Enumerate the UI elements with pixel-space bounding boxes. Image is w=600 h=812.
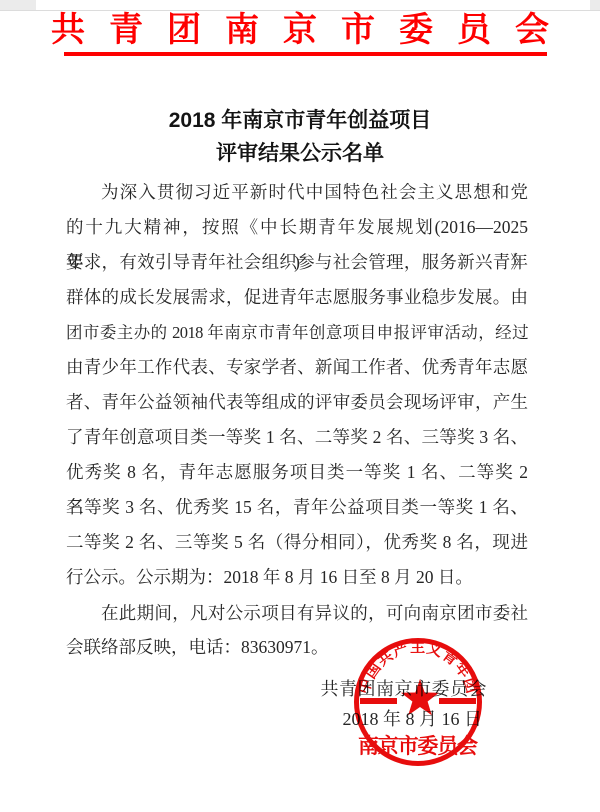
- document-title-line1: 2018 年南京市青年创益项目: [0, 104, 600, 137]
- star-icon: [401, 679, 439, 715]
- official-seal: 中国共产主义青年团 南京市委员会: [338, 622, 498, 782]
- body-line: 三等奖 3 名、优秀奖 15 名，青年公益项目类一等奖 1 名、: [66, 490, 528, 525]
- body-line: 要求，有效引导青年社会组织参与社会管理，服务新兴青年: [66, 245, 528, 280]
- letterhead-divider-line: [64, 52, 547, 56]
- body-line: 了青年创意项目类一等奖 1 名、二等奖 2 名、三等奖 3 名、: [66, 420, 528, 455]
- seal-bottom-text: 南京市委员会: [358, 734, 478, 758]
- body-line: 者、青年公益领袖代表等组成的评审委员会现场评审，产生: [66, 385, 528, 420]
- document-page: 共青团南京市委员会 2018 年南京市青年创益项目 评审结果公示名单 为深入贯彻…: [0, 0, 600, 812]
- document-title: 2018 年南京市青年创益项目 评审结果公示名单: [0, 104, 600, 170]
- body-line: 的十九大精神，按照《中长期青年发展规划(2016—2025 年)》: [66, 210, 528, 245]
- body-line: 群体的成长发展需求，促进青年志愿服务事业稳步发展。由: [66, 280, 528, 315]
- letterhead-org-name: 共青团南京市委员会: [0, 8, 600, 54]
- document-title-line2: 评审结果公示名单: [0, 137, 600, 170]
- body-line: 团市委主办的 2018 年南京市青年创意项目申报评审活动，经过: [66, 315, 528, 350]
- body-line: 二等奖 2 名、三等奖 5 名（得分相同），优秀奖 8 名，现进: [66, 525, 528, 560]
- body-line: 行公示。公示期为：2018 年 8 月 16 日至 8 月 20 日。: [66, 560, 528, 595]
- seal-left-bar: [360, 698, 397, 704]
- body-line: 由青少年工作代表、专家学者、新闻工作者、优秀青年志愿: [66, 350, 528, 385]
- seal-right-bar: [439, 698, 476, 704]
- body-line: 优秀奖 8 名，青年志愿服务项目类一等奖 1 名、二等奖 2 名、: [66, 455, 528, 490]
- body-paragraph-1: 为深入贯彻习近平新时代中国特色社会主义思想和党 的十九大精神，按照《中长期青年发…: [66, 175, 528, 595]
- body-line: 为深入贯彻习近平新时代中国特色社会主义思想和党: [66, 175, 528, 210]
